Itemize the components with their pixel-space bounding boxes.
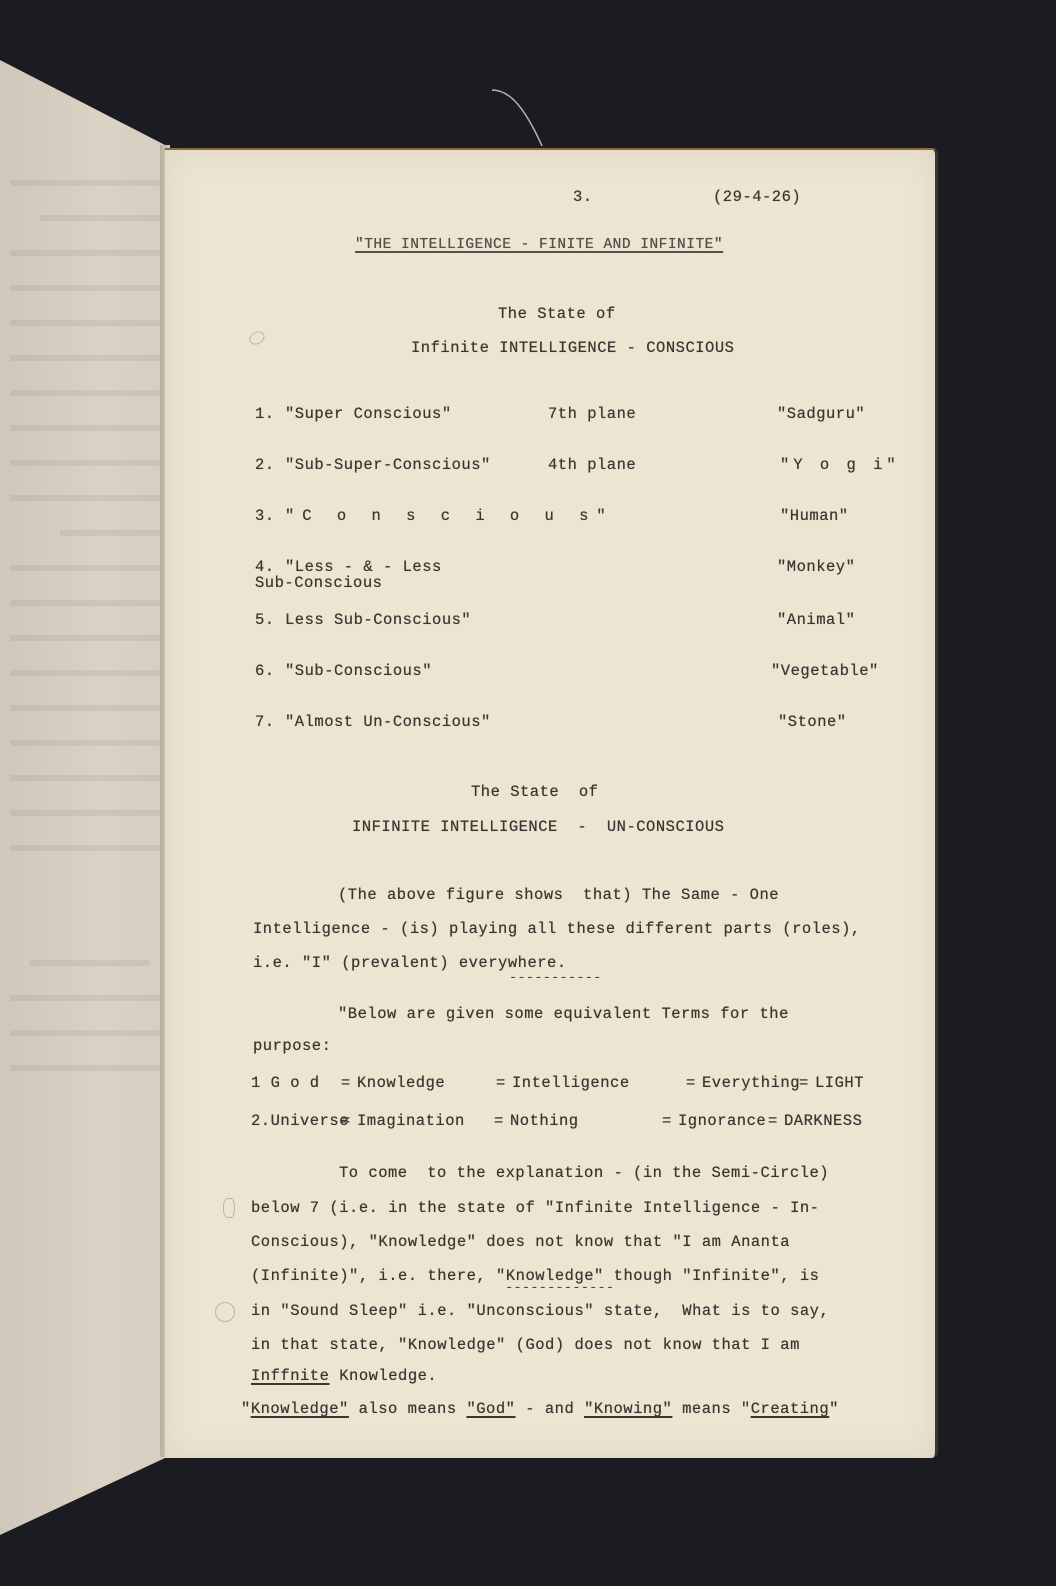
equals-sign: = xyxy=(799,1074,809,1092)
equivalence-term: LIGHT xyxy=(815,1074,864,1092)
state-name: Less Sub-Conscious" xyxy=(285,611,471,629)
show-through-text xyxy=(10,670,160,676)
equals-sign: = xyxy=(494,1112,504,1130)
state-being: "Monkey" xyxy=(777,558,855,576)
equivalence-term: Ignorance xyxy=(678,1112,766,1130)
show-through-text xyxy=(10,1065,160,1071)
paragraph3-line: (Infinite)", i.e. there, "Knowledge" tho… xyxy=(251,1267,820,1285)
page-number: 3. xyxy=(573,188,593,206)
state-being: "Human" xyxy=(780,507,849,525)
state-being: "Vegetable" xyxy=(771,662,879,680)
equals-sign: = xyxy=(341,1074,351,1092)
equivalence-term: Imagination xyxy=(357,1112,465,1130)
show-through-text xyxy=(10,180,160,186)
state-name: "Sub-Super-Conscious" xyxy=(285,456,491,474)
text-span: Knowledge. xyxy=(329,1367,437,1385)
page-date: (29-4-26) xyxy=(713,188,801,206)
underlined-word: Creating xyxy=(751,1400,829,1418)
paragraph2-line2: purpose: xyxy=(253,1037,331,1055)
lower-heading-line2: INFINITE INTELLIGENCE - UN-CONSCIOUS xyxy=(352,818,724,836)
paragraph3-last-line: Inffnite Knowledge. xyxy=(251,1367,437,1385)
equivalence-label: 2.Universe xyxy=(251,1112,349,1130)
show-through-text xyxy=(10,285,160,291)
underlined-word: "God" xyxy=(466,1400,515,1418)
typewritten-page: 3. (29-4-26) "THE INTELLIGENCE - FINITE … xyxy=(165,148,938,1458)
state-num: 5. xyxy=(255,611,275,629)
state-plane: 7th plane xyxy=(548,405,636,423)
show-through-text xyxy=(10,425,160,431)
show-through-text xyxy=(10,495,160,501)
show-through-text xyxy=(10,600,160,606)
pencil-mark-icon xyxy=(223,1198,235,1218)
pencil-mark-icon xyxy=(215,1302,235,1322)
paragraph2-line1: "Below are given some equivalent Terms f… xyxy=(338,1005,789,1023)
lower-heading-line1: The State of xyxy=(471,783,598,801)
show-through-text xyxy=(10,250,160,256)
show-through-text xyxy=(10,740,160,746)
underlined-word: Inffnite xyxy=(251,1367,329,1385)
equivalence-label: 1 G o d xyxy=(251,1074,320,1092)
show-through-text xyxy=(10,390,160,396)
equivalence-term: Knowledge xyxy=(357,1074,445,1092)
text-span: also means xyxy=(349,1400,467,1418)
state-name: "Super Conscious" xyxy=(285,405,452,423)
show-through-text xyxy=(10,705,160,711)
state-being: "Stone" xyxy=(778,713,847,731)
underlined-word: "Knowing" xyxy=(584,1400,672,1418)
show-through-text xyxy=(10,995,160,1001)
state-name: "Sub-Conscious" xyxy=(285,662,432,680)
state-name: "Almost Un-Conscious" xyxy=(285,713,491,731)
thread-strand xyxy=(490,88,560,148)
show-through-text xyxy=(10,320,160,326)
show-through-text xyxy=(10,355,160,361)
equivalence-term: Everything xyxy=(702,1074,800,1092)
state-being: "Animal" xyxy=(777,611,855,629)
paragraph3-line: below 7 (i.e. in the state of "Infinite … xyxy=(251,1199,820,1217)
show-through-text xyxy=(10,635,160,641)
state-name: "C o n s c i o u s" xyxy=(285,507,614,525)
show-through-text xyxy=(10,460,160,466)
separator-dashes: ----------- xyxy=(509,970,601,986)
show-through-text xyxy=(10,1030,160,1036)
text-span: " xyxy=(829,1400,839,1418)
equals-sign: = xyxy=(768,1112,778,1130)
closing-line: "Knowledge" also means "God" - and "Know… xyxy=(241,1400,839,1418)
upper-heading-line2: Infinite INTELLIGENCE - CONSCIOUS xyxy=(411,339,734,357)
underlined-word: Knowledge" xyxy=(251,1400,349,1418)
show-through-text xyxy=(10,775,160,781)
equivalence-term: Intelligence xyxy=(512,1074,630,1092)
state-num: 3. xyxy=(255,507,275,525)
show-through-text xyxy=(30,960,150,966)
state-num: 1. xyxy=(255,405,275,423)
text-span: - and xyxy=(515,1400,584,1418)
equivalence-term: DARKNESS xyxy=(784,1112,862,1130)
equals-sign: = xyxy=(686,1074,696,1092)
paragraph3-line: in that state, "Knowledge" (God) does no… xyxy=(251,1336,800,1354)
paragraph1-line2: Intelligence - (is) playing all these di… xyxy=(253,920,861,938)
state-being: "Sadguru" xyxy=(777,405,865,423)
equals-sign: = xyxy=(496,1074,506,1092)
state-num: 6. xyxy=(255,662,275,680)
state-being: "Y o g i" xyxy=(780,456,900,474)
paragraph3-line: To come to the explanation - (in the Sem… xyxy=(339,1164,829,1182)
paragraph3-line: in "Sound Sleep" i.e. "Unconscious" stat… xyxy=(251,1302,829,1320)
page-title: "THE INTELLIGENCE - FINITE AND INFINITE" xyxy=(355,237,723,253)
show-through-text xyxy=(10,845,160,851)
paragraph3-line: Conscious), "Knowledge" does not know th… xyxy=(251,1233,790,1251)
show-through-text xyxy=(10,565,160,571)
text-span: means " xyxy=(672,1400,750,1418)
state-plane: 4th plane xyxy=(548,456,636,474)
show-through-text xyxy=(10,810,160,816)
equals-sign: = xyxy=(662,1112,672,1130)
show-through-text xyxy=(60,530,160,536)
pencil-mark-icon xyxy=(247,329,267,347)
upper-heading-line1: The State of xyxy=(498,305,616,323)
state-name-continued: Sub-Conscious xyxy=(255,574,382,592)
equivalence-term: Nothing xyxy=(510,1112,579,1130)
state-num: 7. xyxy=(255,713,275,731)
state-num: 2. xyxy=(255,456,275,474)
text-span: " xyxy=(241,1400,251,1418)
facing-left-page xyxy=(0,0,170,1586)
show-through-text xyxy=(40,215,160,221)
paragraph1-line1: (The above figure shows that) The Same -… xyxy=(338,886,779,904)
equals-sign: = xyxy=(341,1112,351,1130)
